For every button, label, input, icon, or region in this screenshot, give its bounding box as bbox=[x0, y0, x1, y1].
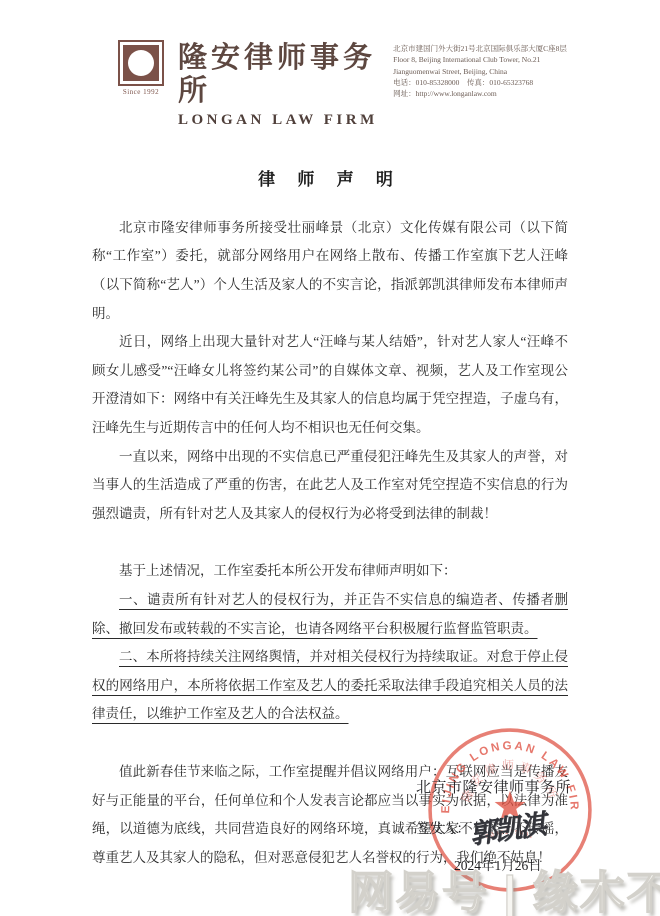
statement-intro: 基于上述情况，工作室委托本所公开发布律师声明如下： bbox=[92, 557, 568, 586]
statement-item-2: 二、本所将持续关注网络舆情，并对相关侵权行为持续取证。对怠于停止侵权的网络用户，… bbox=[92, 643, 568, 729]
signature-issuer-line: 签发人： 郭凯淇 bbox=[416, 807, 576, 846]
contact-line: 电话：010-85328000 传真：010-65323768 bbox=[393, 77, 572, 88]
logo-since-label: Since 1992 bbox=[118, 88, 164, 96]
firm-name-english: LONGAN LAW FIRM bbox=[178, 112, 393, 129]
paragraph-engagement: 北京市隆安律师事务所接受壮丽峰景（北京）文化传媒有限公司（以下简称“工作室”）委… bbox=[92, 214, 568, 328]
paragraph-clarification: 近日，网络上出现大量针对艺人“汪峰与某人结婚”，针对艺人家人“汪峰不顾女儿感受”… bbox=[92, 328, 568, 442]
address-chinese: 北京市建国门外大街21号北京国际俱乐部大厦C座8层 bbox=[393, 43, 572, 54]
statement-item-1: 一、谴责所有针对艺人的侵权行为，并正告不实信息的编造者、传播者删除、撤回发布或转… bbox=[92, 586, 568, 643]
lawyer-statement-page: Since 1992 隆安律师事务所 LONGAN LAW FIRM 北京市建国… bbox=[0, 0, 660, 916]
issuer-handwritten-signature: 郭凯淇 bbox=[470, 801, 548, 851]
firm-address-block: 北京市建国门外大街21号北京国际俱乐部大厦C座8层 Floor 8, Beiji… bbox=[393, 40, 572, 99]
firm-logo-icon bbox=[118, 40, 164, 86]
website-line: 网址：http://www.longanlaw.com bbox=[393, 88, 572, 99]
firm-name-block: 隆安律师事务所 LONGAN LAW FIRM bbox=[178, 40, 393, 129]
letterhead: Since 1992 隆安律师事务所 LONGAN LAW FIRM 北京市建国… bbox=[0, 0, 660, 129]
netease-watermark: 网易号 | 缘木不求娱 bbox=[348, 856, 660, 916]
paragraph-condemnation: 一直以来，网络中出现的不实信息已严重侵犯汪峰先生及其家人的声誉，对当事人的生活造… bbox=[92, 443, 568, 529]
firm-name-chinese: 隆安律师事务所 bbox=[178, 42, 393, 109]
document-title: 律 师 声 明 bbox=[0, 165, 660, 190]
signature-firm-name: 北京市隆安律师事务所 bbox=[416, 776, 576, 797]
issuer-label: 签发人： bbox=[416, 817, 470, 837]
firm-logo: Since 1992 bbox=[118, 40, 164, 96]
address-english: Floor 8, Beijing International Club Towe… bbox=[393, 54, 572, 77]
